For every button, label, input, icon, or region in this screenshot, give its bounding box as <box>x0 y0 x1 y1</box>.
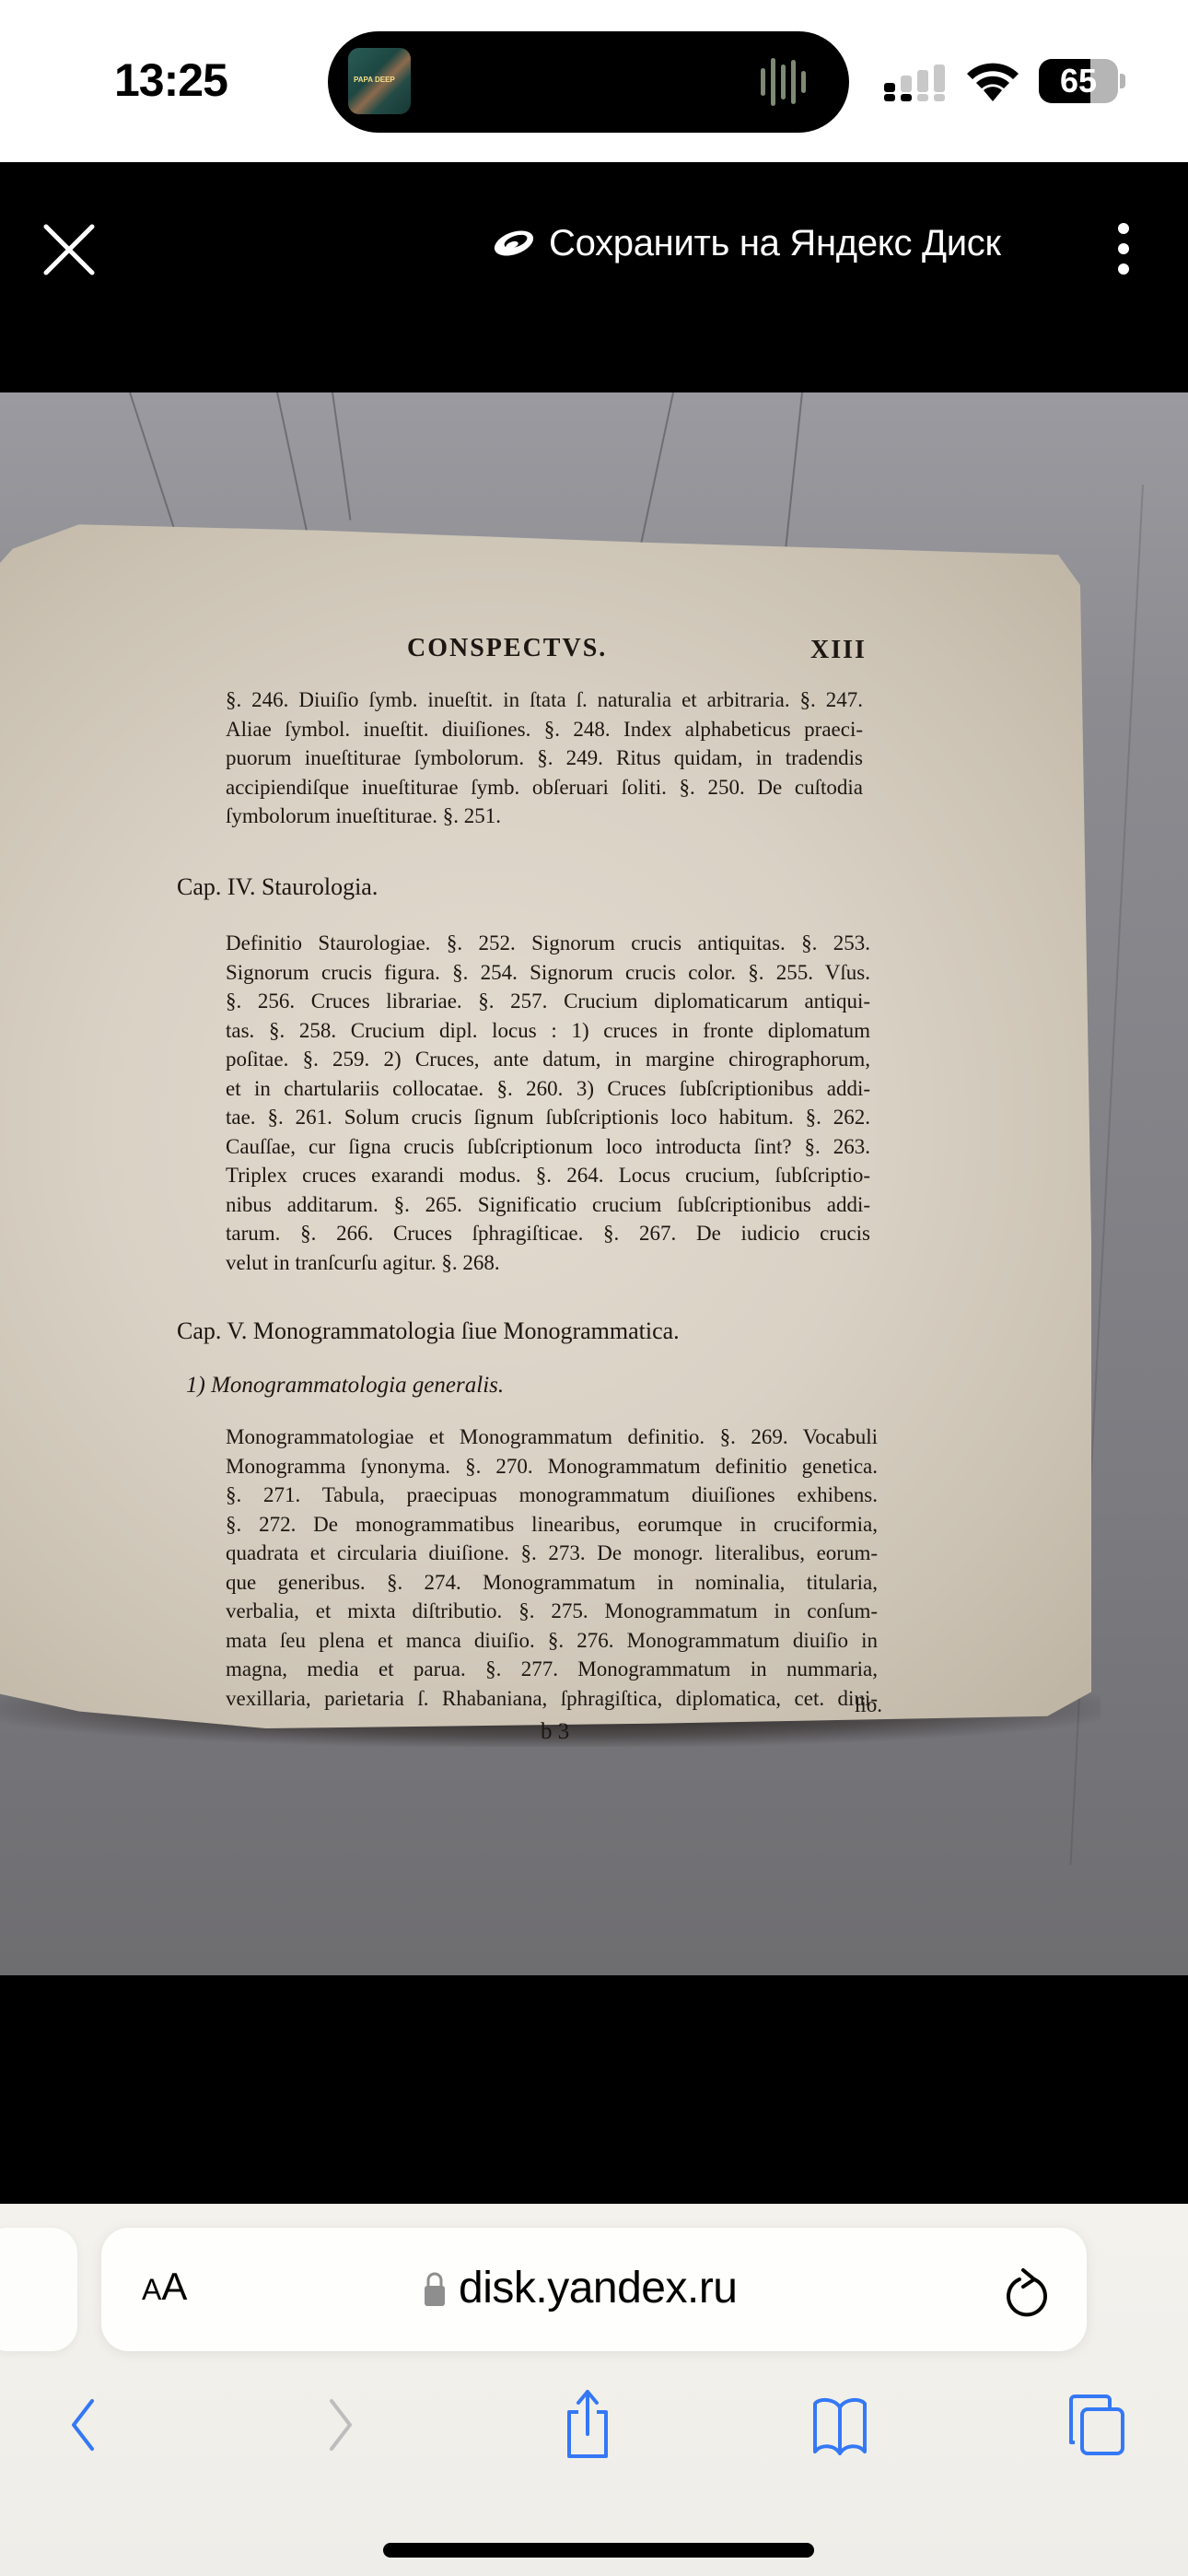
wifi-icon <box>965 61 1020 101</box>
close-icon <box>37 217 101 282</box>
yandex-disk-icon <box>492 227 536 260</box>
bookmarks-button[interactable] <box>803 2379 877 2471</box>
chapter-5-paragraph: Monogrammatologiae et Monogrammatum defi… <box>226 1423 878 1713</box>
battery-indicator: 65 <box>1039 59 1118 103</box>
safari-bottom-bar: AA disk.yandex.ru <box>0 2204 1188 2576</box>
more-options-button[interactable] <box>1105 217 1142 291</box>
text-line: et in chartulariis collocatae. §. 260. 3… <box>226 1074 870 1104</box>
text-line: que generibus. §. 274. Monogrammatum in … <box>226 1568 878 1598</box>
url-text: disk.yandex.ru <box>459 2263 738 2313</box>
text-line: Signorum crucis figura. §. 254. Signorum… <box>226 958 870 988</box>
chapter-4-paragraph: Definitio Staurologiae. §. 252. Signorum… <box>226 929 870 1277</box>
cellular-signal-icon <box>884 64 945 101</box>
more-vertical-icon <box>1105 223 1142 275</box>
share-button[interactable] <box>551 2379 624 2471</box>
text-line: mata ſeu plena et manca diuiſio. §. 276.… <box>226 1626 878 1656</box>
text-size-small-label: A <box>142 2273 161 2306</box>
viewer-footer-area <box>0 1975 1188 2204</box>
chevron-left-icon <box>64 2397 101 2453</box>
close-button[interactable] <box>37 217 101 282</box>
text-line: vexillaria, parietaria ſ. Rhabaniana, ſp… <box>226 1684 878 1714</box>
text-line: velut in tranſcurſu agitur. §. 268. <box>226 1248 870 1278</box>
url-display[interactable]: disk.yandex.ru <box>424 2263 738 2313</box>
address-bar[interactable]: AA disk.yandex.ru <box>101 2228 1087 2351</box>
text-line: tas. §. 258. Crucium dipl. locus : 1) cr… <box>226 1016 870 1046</box>
text-line: quadrata et circularia diuiſione. §. 273… <box>226 1539 878 1568</box>
document-photo[interactable]: CONSPECTVS. XIII §. 246. Diuiſio ſymb. i… <box>0 392 1188 1975</box>
now-playing-art-text: PAPA DEEP <box>354 76 395 84</box>
safari-toolbar <box>0 2379 1188 2480</box>
share-icon <box>560 2388 615 2462</box>
lock-icon <box>424 2270 446 2307</box>
now-playing-artwork: PAPA DEEP <box>348 48 411 114</box>
signature-mark: b 3 <box>541 1719 569 1745</box>
tabs-icon <box>1066 2393 1126 2457</box>
text-line: Monogramma ſynonyma. §. 270. Monogrammat… <box>226 1452 878 1481</box>
text-line: poſitae. §. 259. 2) Cruces, ante datum, … <box>226 1045 870 1074</box>
tabs-button[interactable] <box>1059 2379 1133 2471</box>
text-line: Definitio Staurologiae. §. 252. Signorum… <box>226 929 870 958</box>
text-line: tarum. §. 266. Cruces ſphragiſticae. §. … <box>226 1219 870 1248</box>
status-time: 13:25 <box>114 53 227 107</box>
chapter-4-heading: Cap. IV. Staurologia. <box>177 873 378 901</box>
viewer-header: Сохранить на Яндекс Диск <box>0 162 1188 392</box>
text-line: nibus additarum. §. 265. Significatio cr… <box>226 1190 870 1220</box>
chapter-5-heading: Cap. V. Monogrammatologia ſiue Monogramm… <box>177 1317 680 1345</box>
text-line: Monogrammatologiae et Monogrammatum defi… <box>226 1423 878 1452</box>
book-icon <box>809 2395 870 2455</box>
save-to-yandex-disk-button[interactable]: Сохранить на Яндекс Диск <box>492 216 1001 271</box>
text-line: §. 256. Cruces librariae. §. 257. Cruciu… <box>226 987 870 1016</box>
catchword: ſio. <box>855 1693 882 1717</box>
home-indicator[interactable] <box>383 2543 814 2558</box>
page-settings-button[interactable]: AA <box>142 2265 187 2309</box>
text-line: Aliae ſymbol. inueſtit. diuiſiones. §. 2… <box>226 715 863 744</box>
chapter-5-subheading: 1) Monogrammatologia generalis. <box>186 1373 504 1399</box>
forward-button[interactable] <box>304 2379 378 2471</box>
back-button[interactable] <box>46 2379 120 2471</box>
text-line: tae. §. 261. Solum crucis ſignum ſubſcri… <box>226 1103 870 1132</box>
battery-tip <box>1120 74 1125 88</box>
chevron-right-icon <box>322 2397 359 2453</box>
dynamic-island[interactable]: PAPA DEEP <box>328 31 849 133</box>
text-line: §. 246. Diuiſio ſymb. inueſtit. in ſtata… <box>226 685 863 715</box>
page-number: XIII <box>810 636 867 665</box>
audio-waveform-icon <box>761 55 816 109</box>
text-line: Cauſſae, cur ſigna crucis ſubſcriptionum… <box>226 1132 870 1162</box>
intro-paragraph: §. 246. Diuiſio ſymb. inueſtit. in ſtata… <box>226 685 863 831</box>
battery-percent: 65 <box>1039 59 1118 103</box>
text-line: verbalia, et mixta diſtributio. §. 275. … <box>226 1597 878 1626</box>
running-head: CONSPECTVS. <box>407 634 607 663</box>
text-line: puorum inueſtiturae ſymbolorum. §. 249. … <box>226 744 863 773</box>
save-button-label: Сохранить на Яндекс Диск <box>549 223 1001 264</box>
page-text: CONSPECTVS. XIII §. 246. Diuiſio ſymb. i… <box>0 392 1188 1975</box>
previous-tab-preview[interactable] <box>0 2228 77 2351</box>
text-line: §. 271. Tabula, praecipuas monogrammatum… <box>226 1481 878 1510</box>
reload-button[interactable] <box>999 2261 1054 2320</box>
text-size-large-label: A <box>161 2265 187 2308</box>
status-bar: 13:25 PAPA DEEP 65 <box>0 0 1188 162</box>
reload-icon <box>999 2261 1054 2320</box>
text-line: accipiendiſque inueſtiturae ſymb. obſeru… <box>226 773 863 802</box>
text-line: ſymbolorum inueſtiturae. §. 251. <box>226 802 863 831</box>
text-line: Triplex cruces exarandi modus. §. 264. L… <box>226 1161 870 1190</box>
text-line: §. 272. De monogrammatibus linearibus, e… <box>226 1510 878 1540</box>
text-line: magna, media et parua. §. 277. Monogramm… <box>226 1655 878 1684</box>
